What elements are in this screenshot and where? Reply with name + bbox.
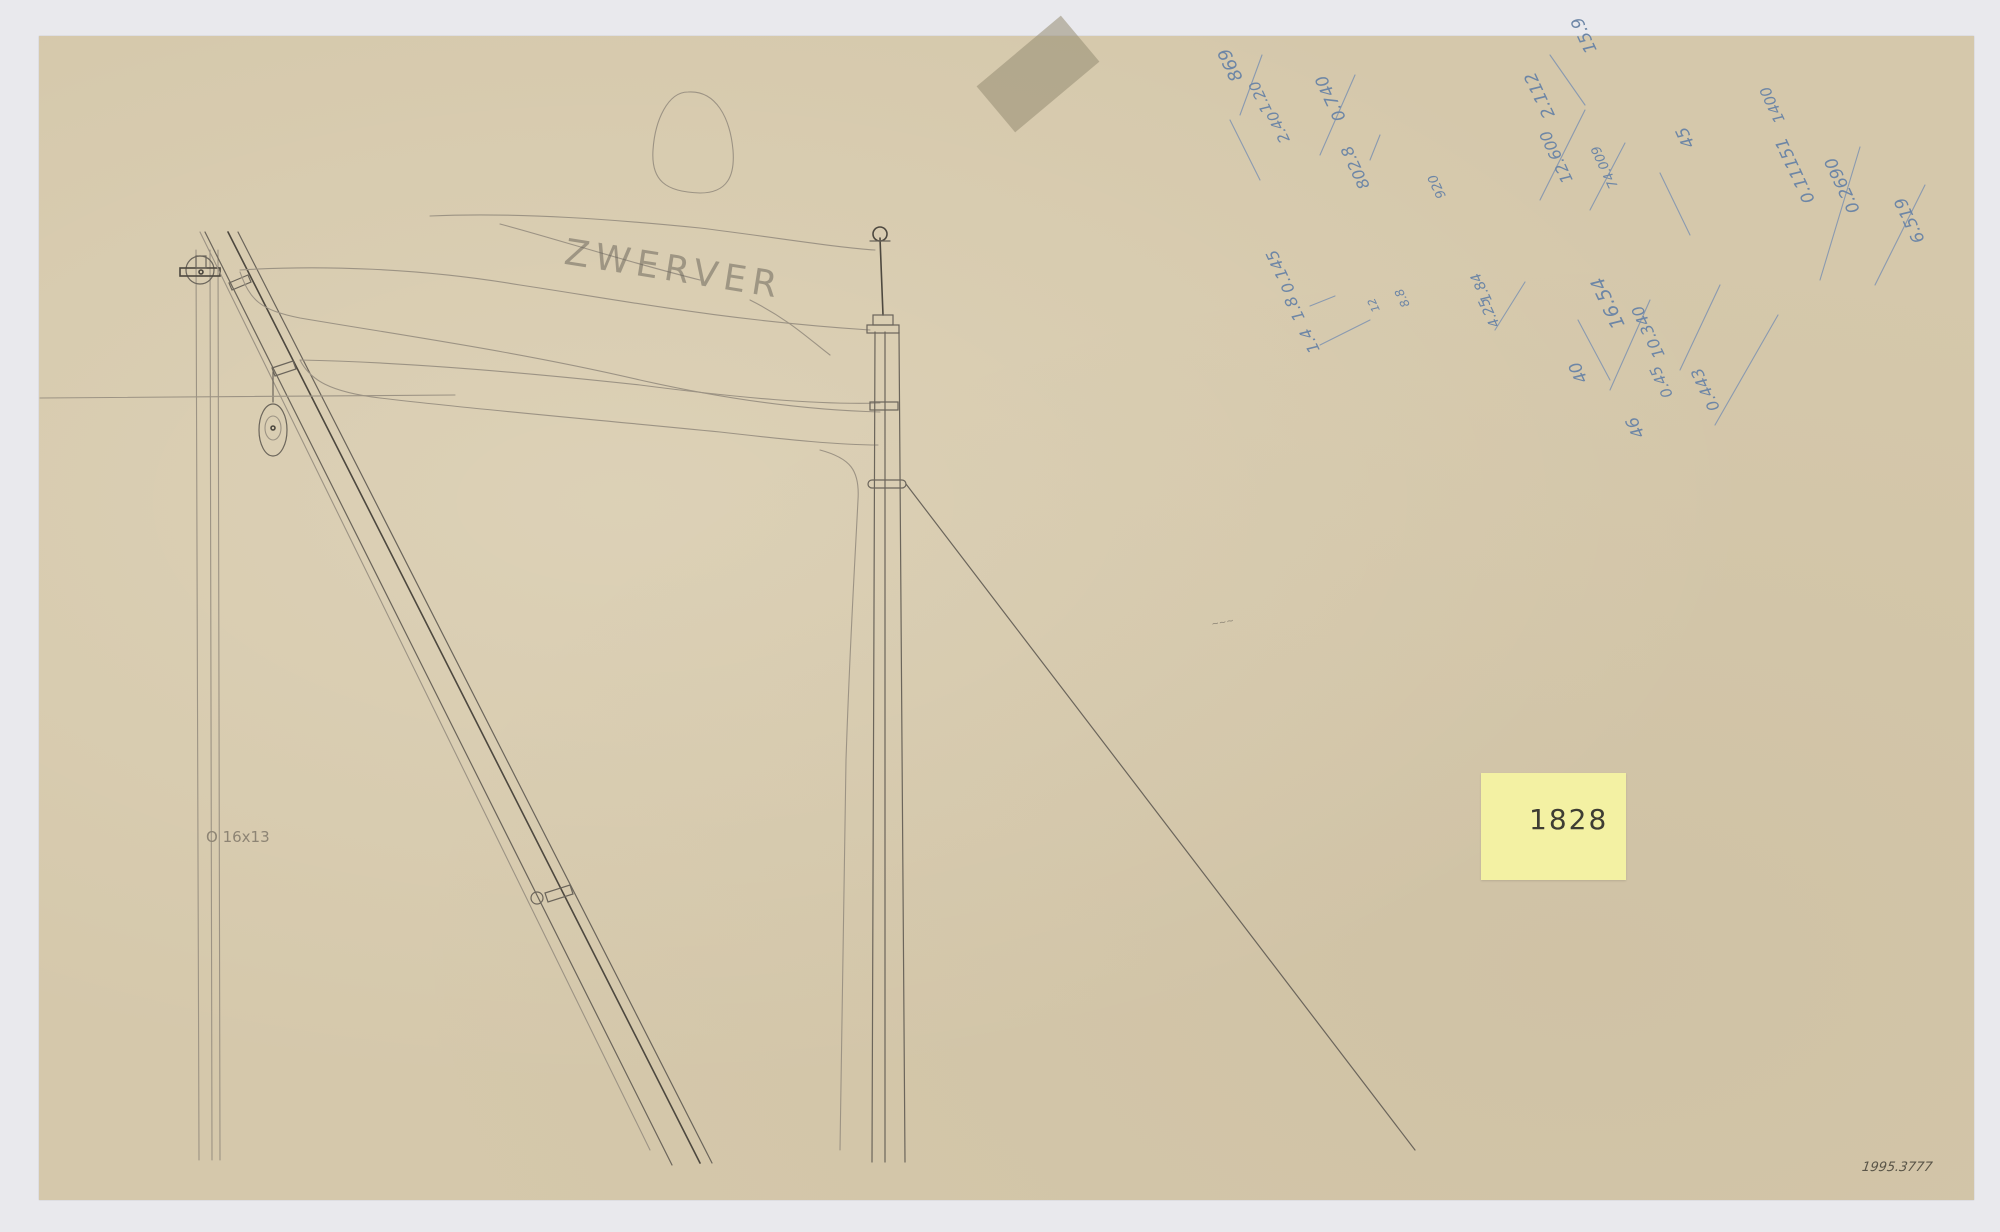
size-annotation: O 16x13 bbox=[206, 828, 270, 846]
calc-number: 10.340 bbox=[1628, 303, 1669, 362]
calc-number: 12 bbox=[1365, 296, 1383, 314]
calc-number: 0.11151 bbox=[1772, 134, 1820, 206]
stay-line bbox=[906, 484, 1415, 1150]
accession-number: 1995.3777 bbox=[1861, 1160, 1933, 1175]
calc-number: 1.20 bbox=[1245, 78, 1275, 116]
calc-number: 1.8 bbox=[1281, 293, 1309, 324]
calc-number: 1400 bbox=[1756, 84, 1788, 126]
calc-number: 802.8 bbox=[1337, 143, 1374, 193]
calc-number: 6.519 bbox=[1891, 194, 1930, 247]
pencil-drawing: 869 1.20 2.40 0.740 802.8 920 2.112 15.9… bbox=[0, 0, 2000, 1232]
svg-text:~~~: ~~~ bbox=[1211, 616, 1235, 630]
right-vertical-mast bbox=[867, 227, 906, 1162]
calc-number: 0.45 bbox=[1646, 363, 1676, 401]
calc-number: 16.54 bbox=[1587, 274, 1630, 333]
sticky-note-number: 1828 bbox=[1529, 803, 1608, 836]
handwritten-calculations: 869 1.20 2.40 0.740 802.8 920 2.112 15.9… bbox=[1214, 14, 1930, 442]
calc-number: 920 bbox=[1426, 172, 1450, 201]
calc-number: 45 bbox=[1672, 123, 1699, 151]
calc-number: 15.9 bbox=[1567, 14, 1601, 57]
construction-line bbox=[40, 395, 455, 398]
diagonal-boom bbox=[200, 232, 712, 1165]
calc-number: 0.443 bbox=[1687, 365, 1724, 415]
calc-number: 40 bbox=[1565, 358, 1592, 386]
calc-number: 869 bbox=[1214, 45, 1248, 85]
calc-number: 46 bbox=[1622, 413, 1649, 441]
sticky-note: 1828 bbox=[1481, 773, 1626, 880]
calc-number: 74.009 bbox=[1589, 143, 1622, 191]
hanging-pulley bbox=[259, 372, 287, 456]
calc-number: 1.4 bbox=[1296, 325, 1324, 356]
calc-number: 4.25 bbox=[1476, 295, 1504, 330]
calc-number: 8.8 bbox=[1392, 286, 1413, 310]
calc-number: 0.145 bbox=[1262, 247, 1299, 297]
pennant-outline bbox=[240, 215, 880, 1150]
calc-number: 12.600 bbox=[1536, 128, 1577, 187]
calc-number: 0.2690 bbox=[1821, 154, 1864, 216]
oval-sketch bbox=[653, 92, 734, 193]
calc-number: 2.112 bbox=[1521, 69, 1560, 122]
left-vertical-mast bbox=[180, 250, 220, 1160]
calc-number: 2.40 bbox=[1263, 108, 1293, 146]
